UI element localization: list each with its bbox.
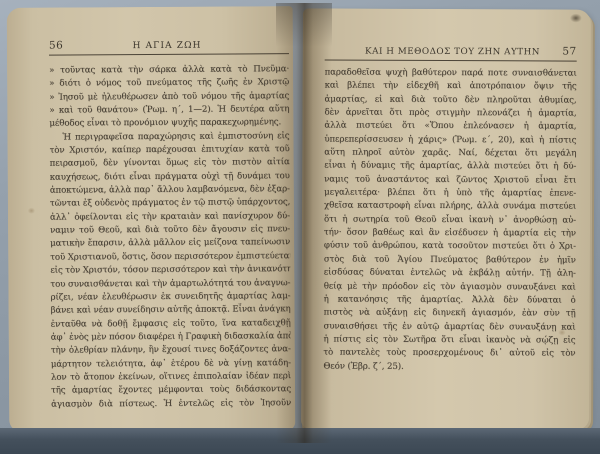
- text-line: ματικὴν ἔπαρσιν, ἀλλὰ μᾶλλον εἰς μείζονα…: [50, 237, 290, 252]
- text-line: στὸς διὰ τοῦ Ἁγίου Πνεύματος βαθύτερον ἐ…: [324, 253, 576, 267]
- text-line: ἡ πίστις εἰς τὸν Σωτῆρα ὅτι εἶναι ἱκανὸς…: [323, 333, 575, 347]
- text-line: εἰς τὸν Χριστόν, τόσον περισσότερον καὶ …: [50, 263, 290, 278]
- corner-stain: [570, 14, 582, 23]
- text-line: χθεῖσα καταστροφὴ εἶναι πλήρης, ἀλλὰ συν…: [324, 200, 576, 214]
- text-line: μάρτητον τελειότητα, ἀφ᾽ ἑτέρου δὲ νὰ γί…: [51, 357, 291, 372]
- text-line: ναμις τοῦ ἀναστάντος καὶ ζῶντος Χριστοῦ …: [324, 173, 576, 187]
- text-line: ὅτι ἡ σωτηρία τοῦ Θεοῦ εἶναι ἱκανὴ ν᾽ ἀν…: [324, 213, 576, 227]
- text-line: αὕτη πληροῖ αὐτὸν χαρᾶς. Ναί, δέχεται ὅτ…: [324, 147, 576, 161]
- text-line: Θεόν (Ἑβρ. ζ΄, 25).: [323, 360, 575, 374]
- text-line: του συναισθάνεται καὶ τὴν ἁμαρτωλότητά τ…: [50, 277, 290, 292]
- text-line: δὲν ἀρνεῖται ὅτι πρὸς στιγμὴν πλεονάζει …: [324, 106, 576, 120]
- left-page: 56 Η ΑΓΙΑ ΖΩΗ » τοῦντας κατὰ τὴν σάρκα ἀ…: [7, 6, 296, 432]
- text-line: » διότι ὁ νόμος τοῦ πνεύματος τῆς ζωῆς ἐ…: [49, 76, 289, 91]
- left_page-lines: » τοῦντας κατὰ τὴν σάρκα ἀλλὰ κατὰ τὸ Πν…: [49, 63, 291, 411]
- text-line: ἁγιασμὸν διὰ πίστεως. Ἡ ἐντελῶς εἰς τὸν …: [51, 397, 291, 412]
- text-line: τῶνται ἐξ οὐδενὸς πράγματος ἐν τῷ πιστῷ …: [50, 197, 290, 212]
- right-header-rule: [325, 59, 577, 61]
- right_page-lines: παραδοθεῖσα ψυχὴ βαθύτερον παρά ποτε συν…: [323, 66, 576, 374]
- left-header-rule: [49, 53, 289, 55]
- text-line: τῆς ἁμαρτίας ἔχοντες μέμφονται τοὺς διδά…: [51, 383, 291, 398]
- left-page-content: 56 Η ΑΓΙΑ ΖΩΗ » τοῦντας κατὰ τὴν σάρκα ἀ…: [49, 38, 291, 411]
- text-line: τήν· ὅσον βαθέως καὶ ἂν εἰσέδυσεν ἡ ἁμαρ…: [324, 227, 576, 241]
- text-line: ἡ κατανόησις τῆς ἁμαρτίας. Ἀλλὰ δὲν δύνα…: [324, 293, 576, 307]
- text-line: καὶ βλέπει τὴν εἰδεχθῆ καὶ ἀποτρόπαιον ὄ…: [325, 80, 577, 94]
- text-line: ἁμαρτίας, εἰ καὶ διὰ τοῦτο δὲν πληροῦται…: [324, 93, 576, 107]
- text-line: συναισθήσει τῆς ἐν αὑτῷ ἁμαρτίας δὲν συν…: [323, 320, 575, 334]
- open-book: 56 Η ΑΓΙΑ ΖΩΗ » τοῦντας κατὰ τὴν σάρκα ἀ…: [6, 5, 592, 441]
- text-line: φύσιν τοῦ ἀνθρώπου, κατὰ τοσοῦτον πιστεύ…: [324, 240, 576, 254]
- text-line: πειρασμοῦ, δὲν γίνονται ὅμως εἰς τὸν πισ…: [50, 157, 290, 172]
- text-line: τὴν ὀλεθρίαν πλάνην, ἣν ἔχουσί τινες δοξ…: [51, 343, 291, 358]
- book-photo: 56 Η ΑΓΙΑ ΖΩΗ » τοῦντας κατὰ τὴν σάρκα ἀ…: [0, 0, 600, 454]
- text-line: ἀλλὰ πιστεύει ὅτι «Ὅπου ἐπλεόνασεν ἡ ἁμα…: [324, 120, 576, 134]
- right-page-number: 57: [562, 46, 576, 58]
- text-line: εἶναι ἡ δύναμις τῆς ἁμαρτίας, ἀλλὰ πιστε…: [324, 160, 576, 174]
- text-line: ὑπερεπερίσσευσεν ἡ χάρις» (Ῥωμ. ε΄, 20),…: [324, 133, 576, 147]
- fox-spot: [28, 208, 35, 214]
- left-running-title: Η ΑΓΙΑ ΖΩΗ: [63, 40, 271, 51]
- left-page-header: 56 Η ΑΓΙΑ ΖΩΗ: [49, 38, 289, 51]
- table-surface: [0, 428, 600, 454]
- text-line: θείᾳ μὲ τὴν πρόοδον εἰς τὸν ἁγιασμὸν συν…: [324, 280, 576, 294]
- text-line: βάνει καὶ νέαν συνείδησιν αὑτῆς ἀποκτᾷ. …: [51, 303, 291, 318]
- text-line: ἐνταῦθα νὰ δοθῇ ἔμφασις εἰς τοῦτο, ἵνα κ…: [51, 317, 291, 332]
- right-running-title: ΚΑΙ Η ΜΕΘΟΔΟΣ ΤΟΥ ΖΗΝ ΑΥΤΗΝ: [343, 47, 563, 58]
- right-page: ΚΑΙ Η ΜΕΘΟΔΟΣ ΤΟΥ ΖΗΝ ΑΥΤΗΝ 57 παραδοθεῖ…: [301, 8, 591, 429]
- right-page-content: ΚΑΙ Η ΜΕΘΟΔΟΣ ΤΟΥ ΖΗΝ ΑΥΤΗΝ 57 παραδοθεῖ…: [323, 44, 576, 374]
- text-line: πιστὸς νὰ αὐξάνῃ εἰς διηνεκῆ ἁγιασμόν, ἐ…: [324, 307, 576, 321]
- right-page-header: ΚΑΙ Η ΜΕΘΟΔΟΣ ΤΟΥ ΖΗΝ ΑΥΤΗΝ 57: [325, 44, 577, 57]
- fox-spot: [558, 329, 565, 335]
- text-line: παραδοθεῖσα ψυχὴ βαθύτερον παρά ποτε συν…: [325, 66, 577, 80]
- text-line: εἰσδύσας δύναται ἐντελῶς νὰ ἐκβάλῃ αὐτήν…: [324, 267, 576, 281]
- text-line: μέθοδος εἶναι τὸ προνόμιον ψυχῆς παρακεχ…: [49, 117, 289, 132]
- left-page-number: 56: [49, 40, 63, 52]
- text-line: τὸ παντελὲς τοὺς προσερχομένους δι᾽ αὐτο…: [323, 347, 575, 361]
- text-line: μεγαλειτέρα· βλέπει ὅτι ἡ ὑπὸ τῆς ἁμαρτί…: [324, 187, 576, 201]
